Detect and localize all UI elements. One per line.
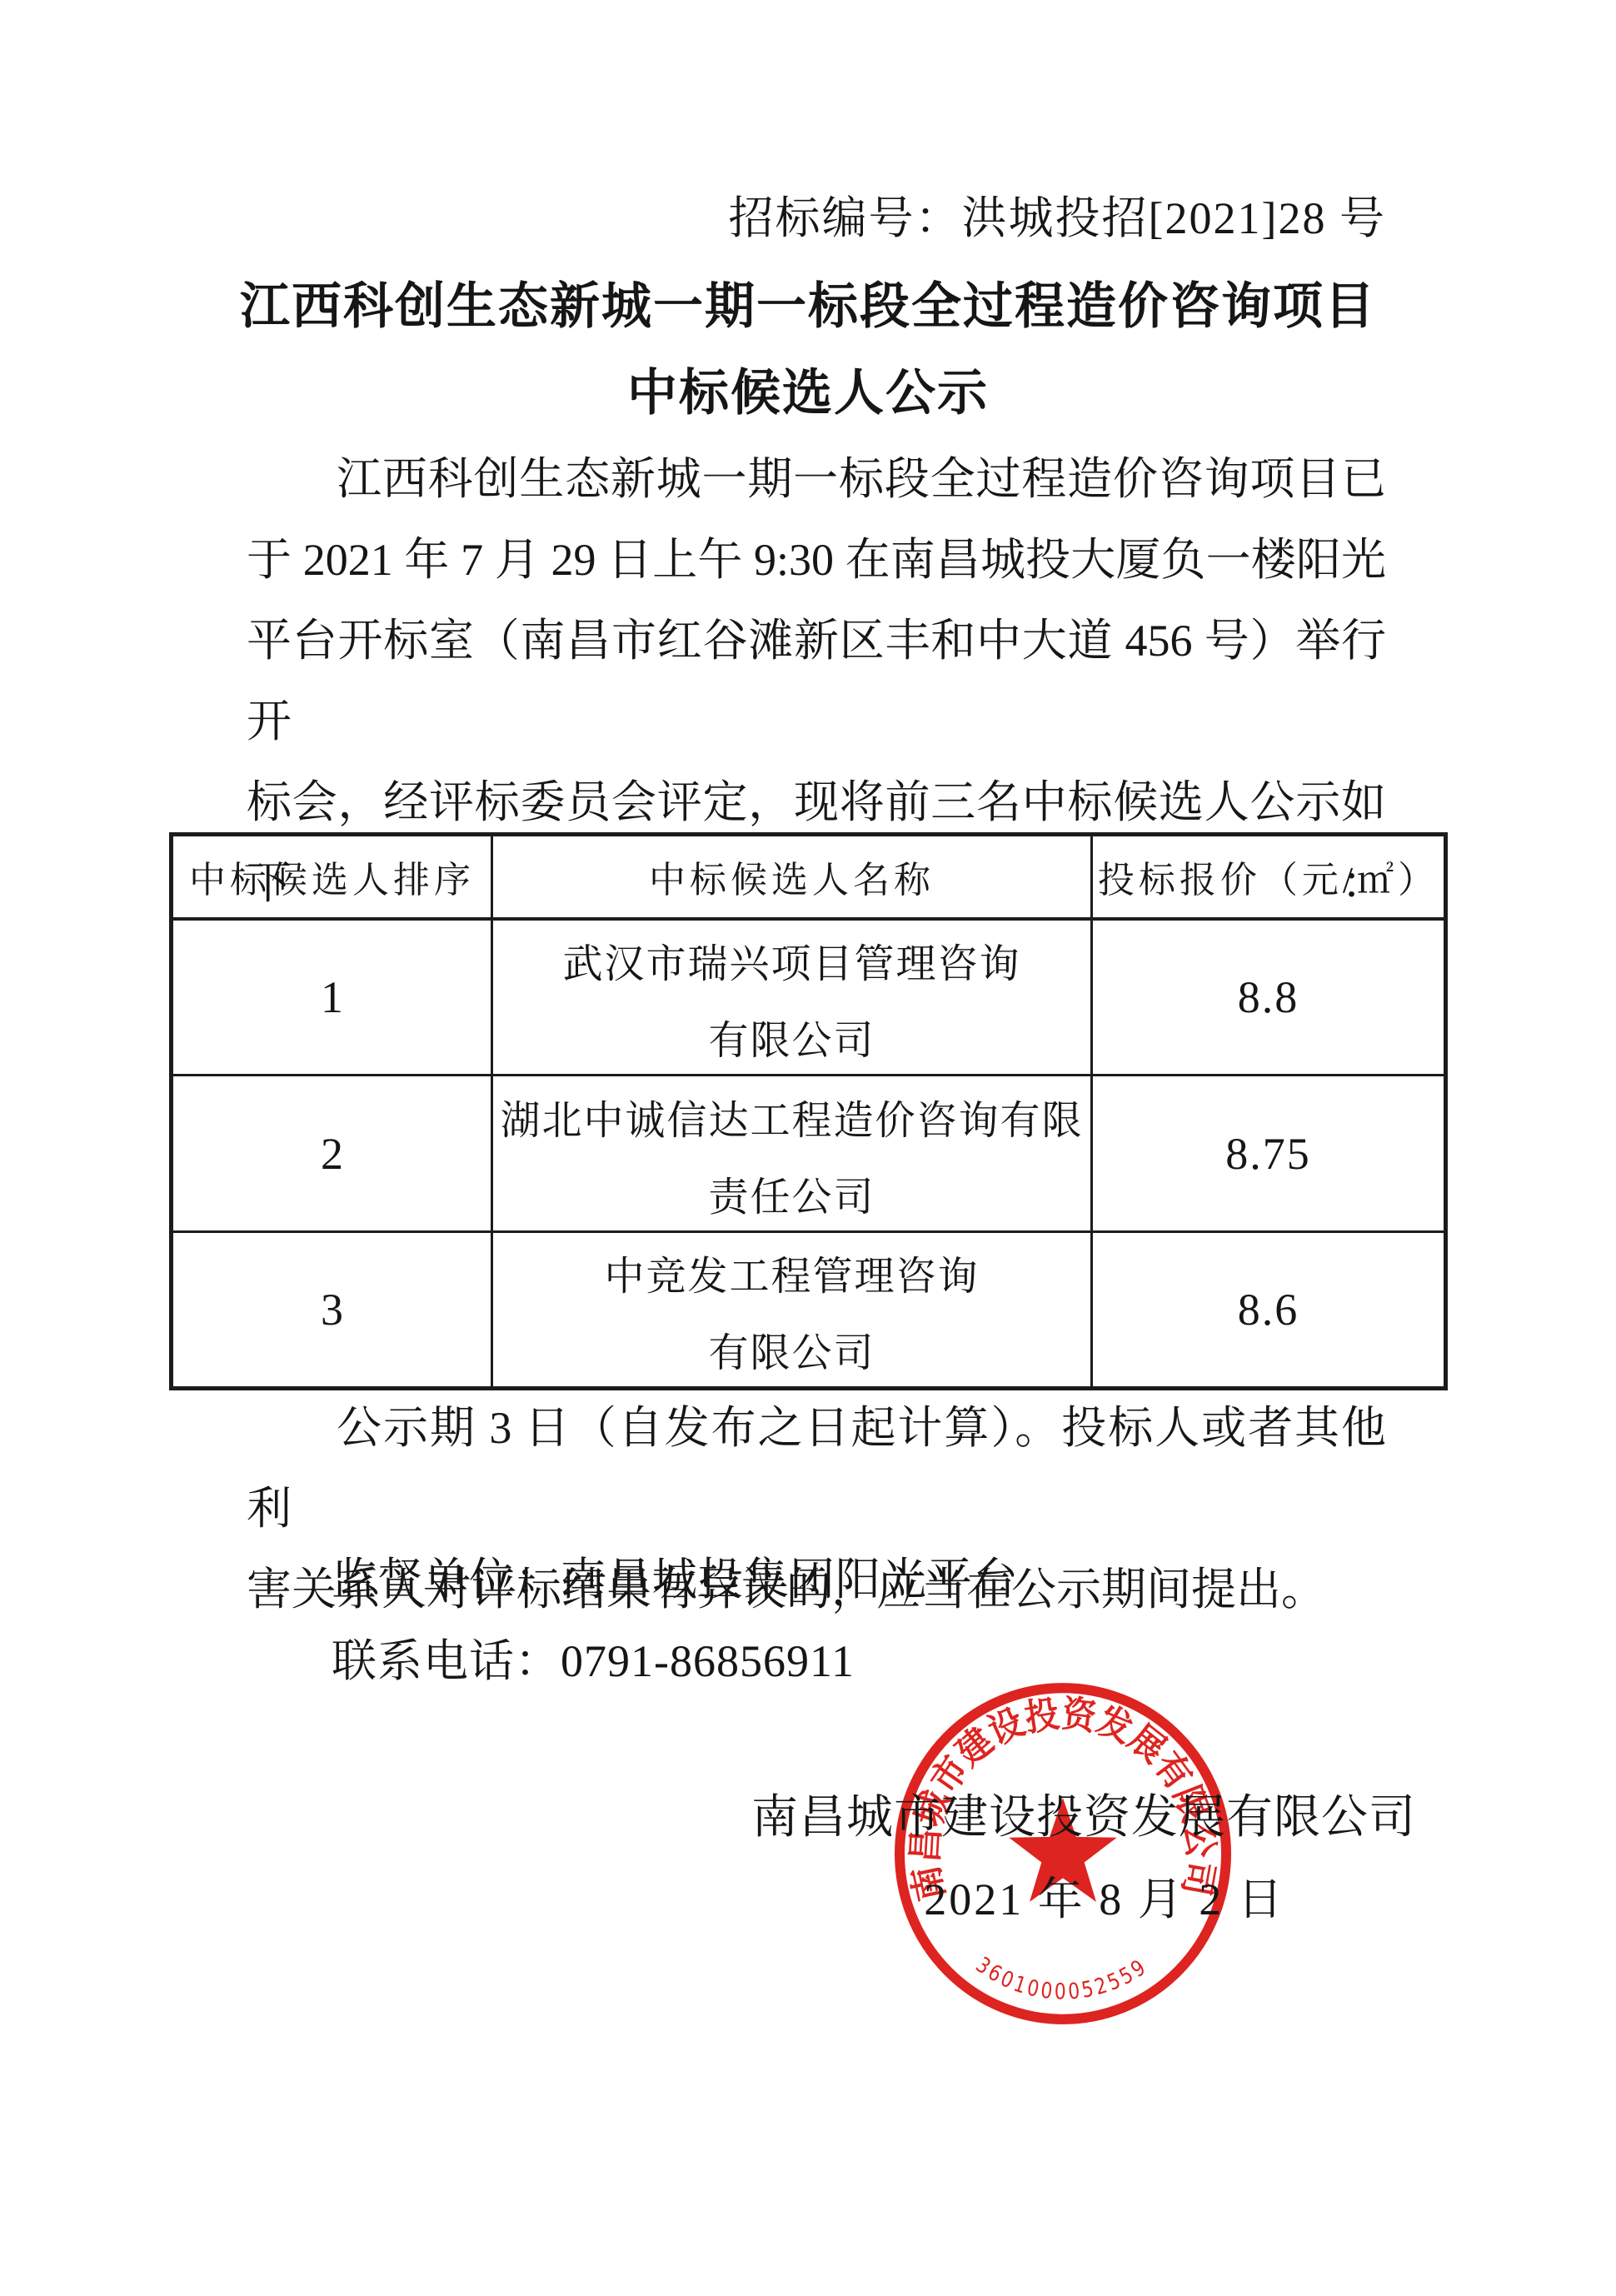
candidate-rank: 3 <box>172 1232 492 1389</box>
tender-ref-number: 招标编号：洪城投招[2021]28 号 <box>729 177 1386 260</box>
table-row: 2 湖北中诚信达工程造价咨询有限 责任公司 8.75 <box>172 1076 1446 1232</box>
candidate-name-line2: 责任公司 <box>493 1176 1090 1220</box>
col-header-rank: 中标候选人排序 <box>172 835 492 919</box>
candidate-price: 8.75 <box>1092 1076 1446 1232</box>
table-row: 3 中竞发工程管理咨询 有限公司 8.6 <box>172 1232 1446 1389</box>
signature-date: 2021 年 8 月 2 日 <box>883 1874 1326 1924</box>
candidate-price: 8.6 <box>1092 1232 1446 1389</box>
candidate-name-line1: 湖北中诚信达工程造价咨询有限 <box>493 1100 1090 1143</box>
contact-phone: 联系电话：0791-86856911 <box>332 1621 855 1702</box>
candidate-price: 8.8 <box>1092 919 1446 1076</box>
candidate-name: 武汉市瑞兴项目管理咨询 有限公司 <box>492 919 1092 1076</box>
intro-line: 江西科创生态新城一期一标段全过程造价咨询项目已 <box>247 439 1386 520</box>
signature-company: 南昌城市建设投资发展有限公司 <box>751 1793 1416 1843</box>
table-header-row: 中标候选人排序 中标候选人名称 投标报价（元/㎡） <box>172 835 1446 919</box>
official-seal: 南昌城市建设投资发展有限公司 3601000052559 <box>888 1676 1238 2031</box>
supervisor-unit: 监督单位：南昌城投集团阳光平台 <box>332 1540 1019 1620</box>
candidate-name-line1: 武汉市瑞兴项目管理咨询 <box>493 943 1090 986</box>
candidate-name-line1: 中竞发工程管理咨询 <box>493 1255 1090 1299</box>
candidates-table: 中标候选人排序 中标候选人名称 投标报价（元/㎡） 1 武汉市瑞兴项目管理咨询 … <box>169 832 1448 1390</box>
col-header-name: 中标候选人名称 <box>492 835 1092 919</box>
candidate-name: 湖北中诚信达工程造价咨询有限 责任公司 <box>492 1076 1092 1232</box>
candidate-name: 中竞发工程管理咨询 有限公司 <box>492 1232 1092 1389</box>
table-row: 1 武汉市瑞兴项目管理咨询 有限公司 8.8 <box>172 919 1446 1076</box>
page-title: 江西科创生态新城一期一标段全过程造价咨询项目 <box>0 263 1616 350</box>
col-header-price: 投标报价（元/㎡） <box>1092 835 1446 919</box>
candidate-rank: 1 <box>172 919 492 1076</box>
candidate-name-line2: 有限公司 <box>493 1020 1090 1063</box>
candidate-name-line2: 有限公司 <box>493 1332 1090 1375</box>
seal-code: 3601000052559 <box>971 1953 1153 2005</box>
intro-line: 于 2021 年 7 月 29 日上午 9:30 在南昌城投大厦负一楼阳光 <box>247 520 1386 601</box>
candidate-rank: 2 <box>172 1076 492 1232</box>
intro-line: 平台开标室（南昌市红谷滩新区丰和中大道 456 号）举行开 <box>247 601 1386 762</box>
document-page: 招标编号：洪城投招[2021]28 号 江西科创生态新城一期一标段全过程造价咨询… <box>0 0 1616 2296</box>
closing-line: 公示期 3 日（自发布之日起计算）。投标人或者其他利 <box>247 1388 1386 1550</box>
page-subtitle: 中标候选人公示 <box>0 350 1616 437</box>
